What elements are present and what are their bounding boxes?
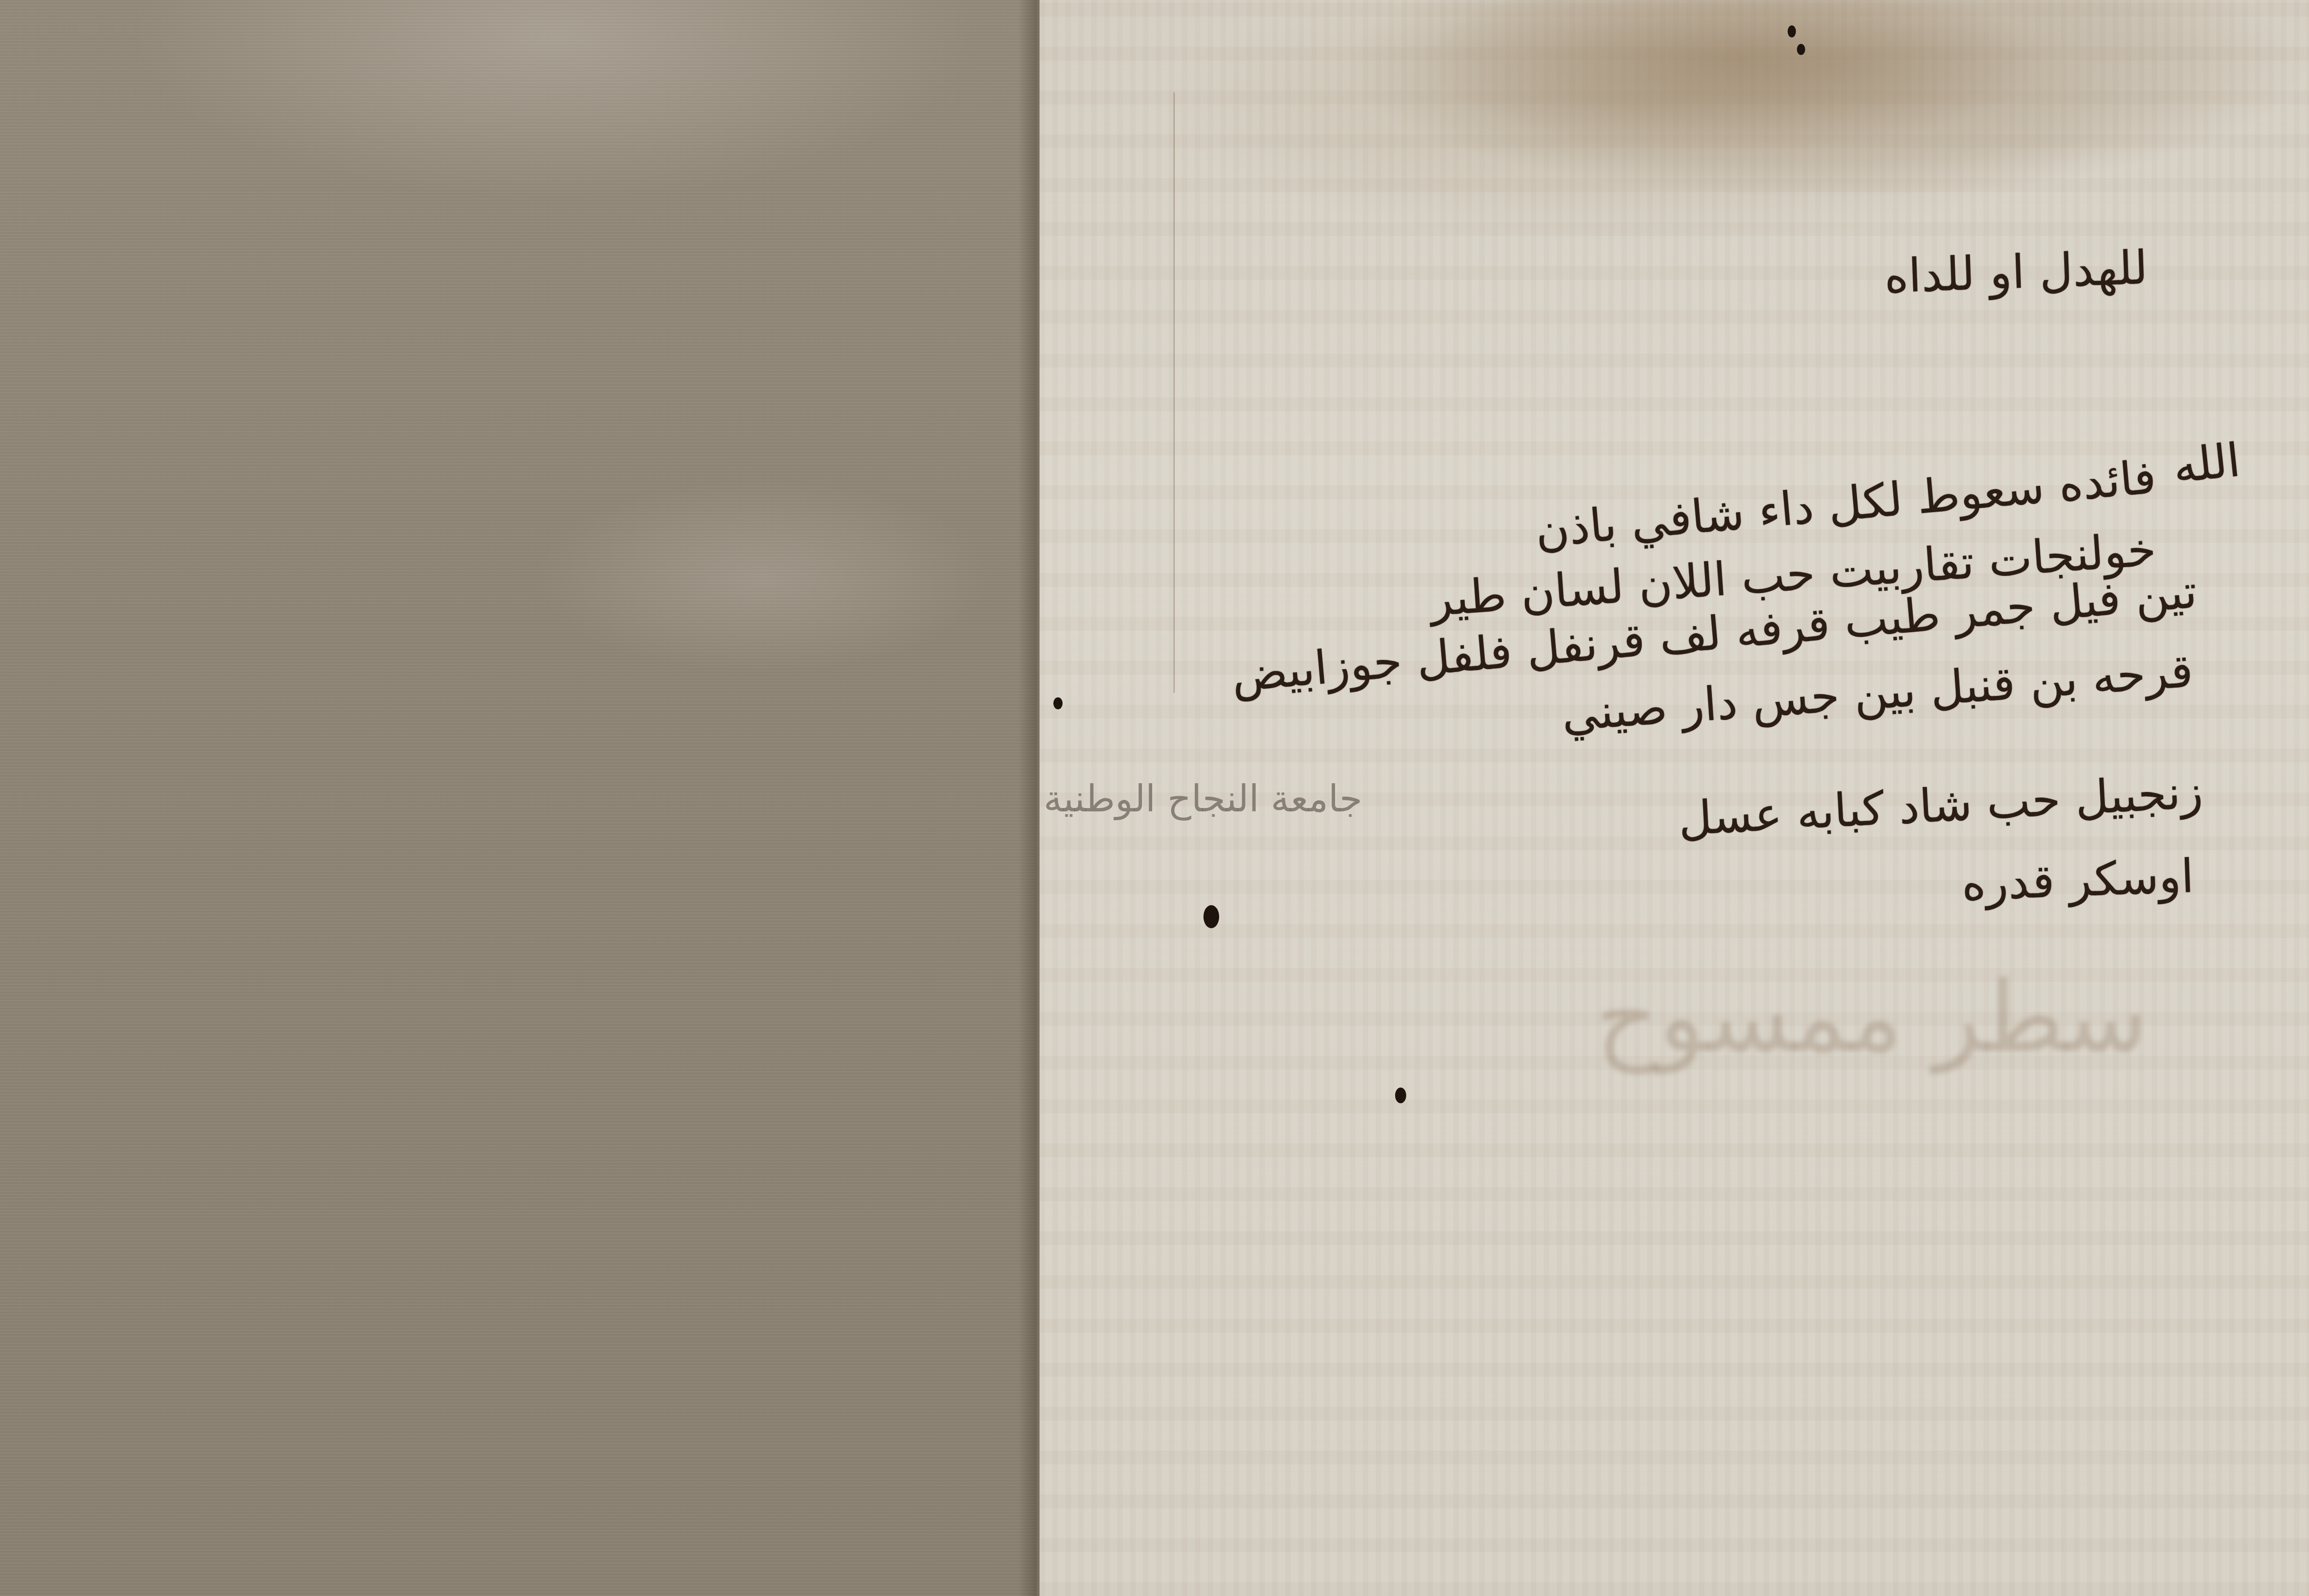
water-stain: [1178, 0, 2309, 259]
ink-spot: [1788, 25, 1796, 37]
spine-shadow: [1018, 0, 1037, 1596]
ink-spot: [1395, 1088, 1406, 1103]
ink-spot: [1203, 905, 1219, 928]
page-crease: [1173, 92, 1175, 693]
manuscript-line: زنجبيل حب شاد كبابه عسل: [1417, 765, 2204, 860]
watermark-text: جامعة النجاح الوطنية: [1048, 762, 1362, 836]
cover-board: [0, 0, 1037, 1596]
ink-spot: [1053, 697, 1063, 709]
manuscript-line: اوسكر قدره: [1616, 849, 2194, 923]
bleed-through-text: ﺳﻄﺮ ﻣﻤﺴﻮح: [1455, 961, 2148, 1099]
ink-spot: [1797, 44, 1805, 55]
